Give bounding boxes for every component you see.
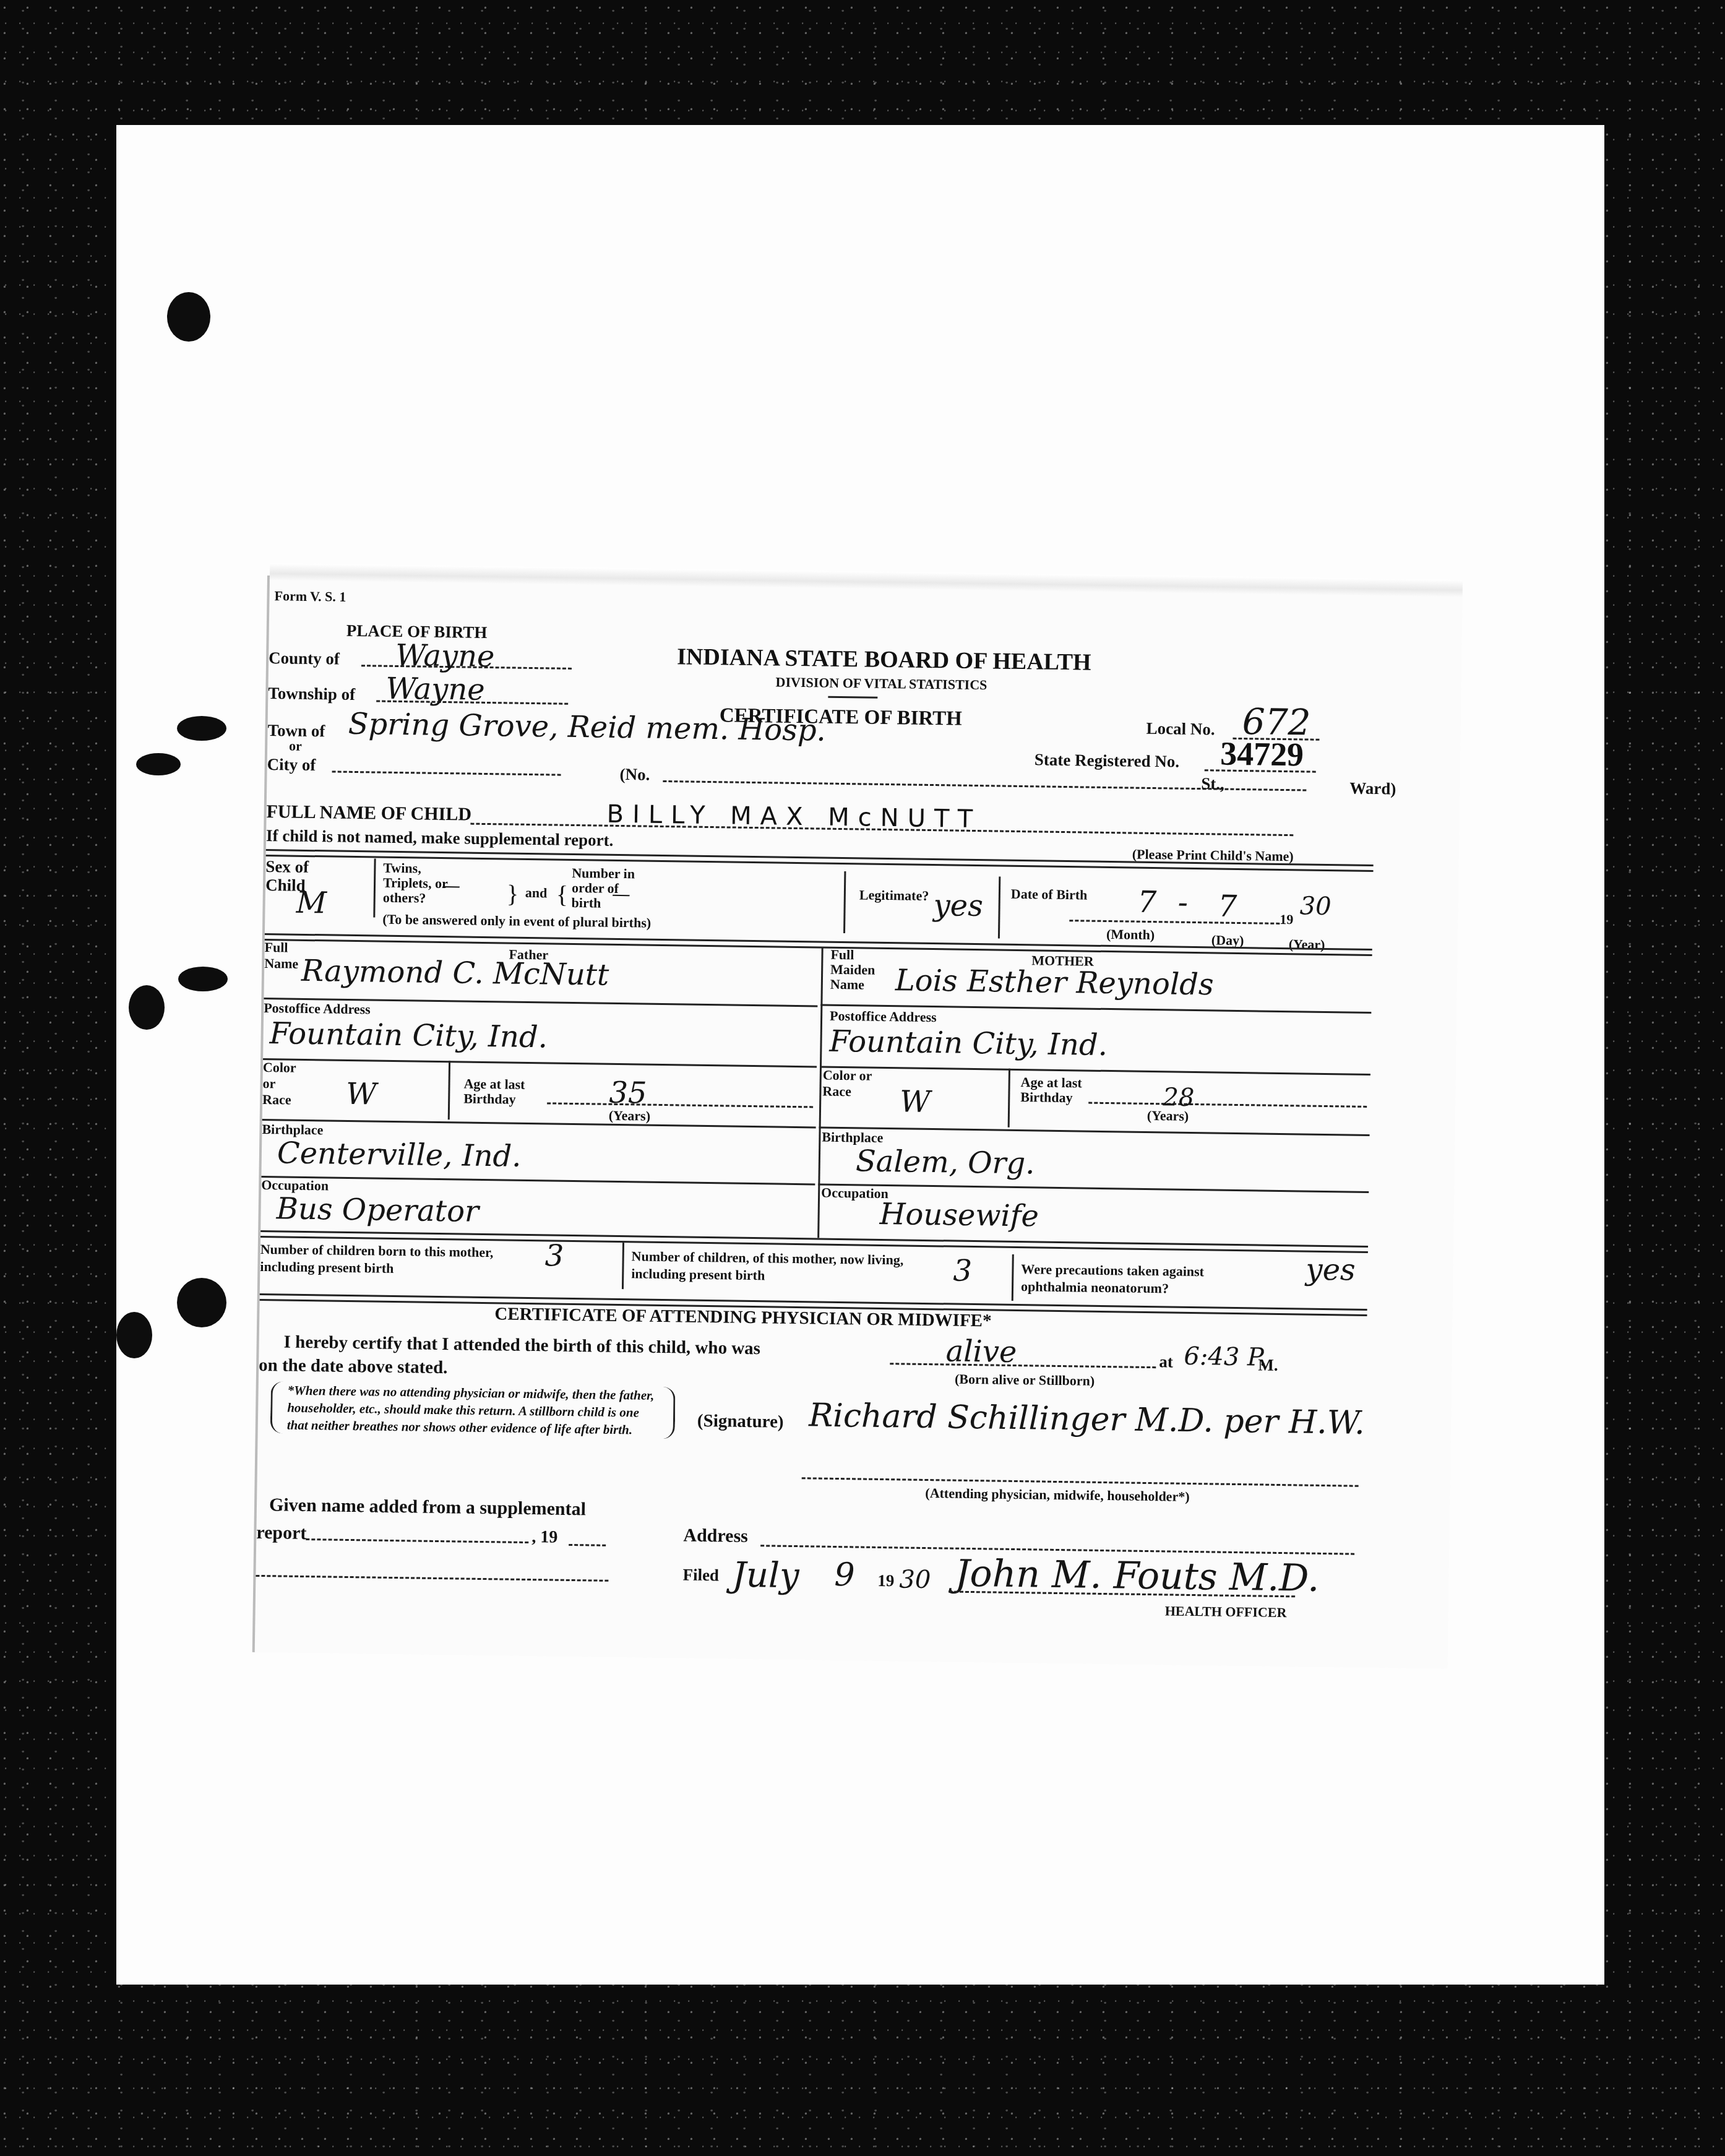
certify-text-1: I hereby certify that I attended the bir… (283, 1332, 760, 1359)
punch-hole (129, 985, 165, 1030)
father-name: Raymond C. McNutt (301, 954, 609, 993)
ward-label: Ward) (1349, 778, 1396, 798)
township-value: Wayne (385, 671, 485, 707)
supplemental-label: Given name added from a supplemental (269, 1494, 586, 1520)
mother-occupation-label: Occupation (821, 1185, 888, 1202)
dob-label: Date of Birth (1011, 886, 1088, 903)
mother-race: W (900, 1084, 931, 1119)
born-alive-note: (Born alive or Stillborn) (955, 1371, 1095, 1389)
and-label: and (525, 885, 548, 901)
sex-value: M (296, 886, 327, 921)
father-occupation: Bus Operator (276, 1191, 479, 1229)
street-label: St., (1201, 774, 1224, 794)
form-number: Form V. S. 1 (274, 588, 346, 605)
filed-label: Filed (682, 1566, 719, 1585)
birth-certificate: Form V. S. 1 PLACE OF BIRTH INDIANA STAT… (252, 576, 1463, 1669)
dob-year: 30 (1299, 892, 1331, 921)
punch-hole (136, 753, 181, 775)
mother-occupation: Housewife (879, 1197, 1039, 1234)
status-field (890, 1363, 1156, 1368)
mother-birthplace: Salem, Org. (855, 1144, 1035, 1181)
filed-month: July (732, 1555, 799, 1597)
report-year-prefix: , 19 (531, 1527, 557, 1548)
health-officer-label: HEALTH OFFICER (1165, 1603, 1287, 1621)
birth-time: 6:43 P. (1184, 1342, 1267, 1372)
filed-year-prefix: 19 (877, 1571, 894, 1590)
time-suffix: M. (1258, 1355, 1278, 1374)
father-address: Fountain City, Ind. (269, 1016, 548, 1054)
punch-hole (177, 1278, 226, 1327)
report-field-2 (256, 1575, 608, 1582)
plural-note: (To be answered only in event of plural … (382, 912, 651, 931)
signature-note: (Attending physician, midwife, household… (925, 1485, 1190, 1505)
mother-race-label: Color or Race (822, 1067, 879, 1100)
mother-age-field (1088, 1102, 1367, 1108)
dob-month: 7 (1137, 885, 1156, 920)
mother-age-label: Age at last Birthday (1020, 1075, 1114, 1106)
father-age-field (547, 1102, 813, 1108)
at-label: at (1159, 1352, 1173, 1371)
county-value: Wayne (395, 638, 495, 674)
mother-years-label: (Years) (1147, 1108, 1189, 1124)
dob-field (1069, 920, 1280, 925)
physician-signature: Richard Schillinger M.D. per H.W. (809, 1397, 1365, 1442)
township-label: Township of (268, 684, 355, 704)
legitimate-value: yes (933, 888, 983, 923)
local-no-label: Local No. (1146, 719, 1215, 740)
full-name-label: FULL NAME OF CHILD (266, 801, 471, 826)
state-registered-label: State Registered No. (1035, 750, 1180, 771)
mother-address: Fountain City, Ind. (829, 1024, 1108, 1063)
city-label: City of (267, 755, 316, 775)
order-value: — (612, 884, 630, 905)
not-named-note: If child is not named, make supplemental… (266, 826, 614, 850)
children-living-value: 3 (953, 1254, 972, 1288)
children-born-value: 3 (544, 1238, 564, 1273)
report-label: report (256, 1522, 307, 1544)
filed-day: 9 (834, 1556, 855, 1593)
punch-hole (167, 292, 210, 342)
mother-name-label: Full Maiden Name (830, 947, 887, 993)
mother-name: Lois Esther Reynolds (895, 963, 1214, 1002)
father-race: W (346, 1077, 377, 1112)
father-birthplace: Centerville, Ind. (277, 1136, 522, 1174)
twins-value: — (442, 875, 460, 897)
punch-hole (177, 716, 226, 741)
child-name-value: BILLY MAX McNUTT (606, 800, 981, 834)
city-field (332, 770, 561, 775)
precautions-label: Were precautions taken against ophthalmi… (1021, 1261, 1238, 1298)
precautions-value: yes (1306, 1253, 1356, 1288)
father-age: 35 (609, 1076, 647, 1111)
month-label: (Month) (1106, 926, 1155, 943)
state-registered-value: 34729 (1220, 735, 1304, 774)
mother-address-label: Postoffice Address (830, 1008, 937, 1025)
legitimate-label: Legitimate? (859, 887, 915, 903)
report-field (306, 1538, 528, 1543)
county-label: County of (269, 649, 340, 669)
town-value: Spring Grove, Reid mem. Hosp. (348, 707, 826, 748)
dob-day: 7 (1218, 889, 1237, 924)
agency-title: INDIANA STATE BOARD OF HEALTH (677, 643, 1091, 676)
street-no-label: (No. (619, 765, 650, 785)
father-address-label: Postoffice Address (264, 1000, 371, 1017)
punch-hole (116, 1312, 152, 1358)
father-race-label: Color or Race (262, 1059, 306, 1108)
punch-hole (178, 967, 228, 991)
address-label: Address (683, 1525, 748, 1547)
children-living-label: Number of children, of this mother, now … (631, 1248, 904, 1286)
or-label: or (289, 738, 302, 754)
filed-year: 30 (899, 1565, 931, 1594)
footnote: *When there was no attending physician o… (270, 1381, 676, 1439)
status-value: alive (945, 1334, 1017, 1369)
father-age-label: Age at last Birthday (463, 1077, 557, 1108)
father-years-label: (Years) (609, 1108, 651, 1124)
dob-year-prefix: 19 (1280, 912, 1293, 928)
certify-text-2: on the date above stated. (259, 1355, 448, 1378)
signature-label: (Signature) (697, 1411, 784, 1433)
division-title: DIVISION OF VITAL STATISTICS (775, 674, 987, 693)
signature-field (802, 1477, 1359, 1487)
children-born-label: Number of children born to this mother, … (260, 1241, 508, 1279)
